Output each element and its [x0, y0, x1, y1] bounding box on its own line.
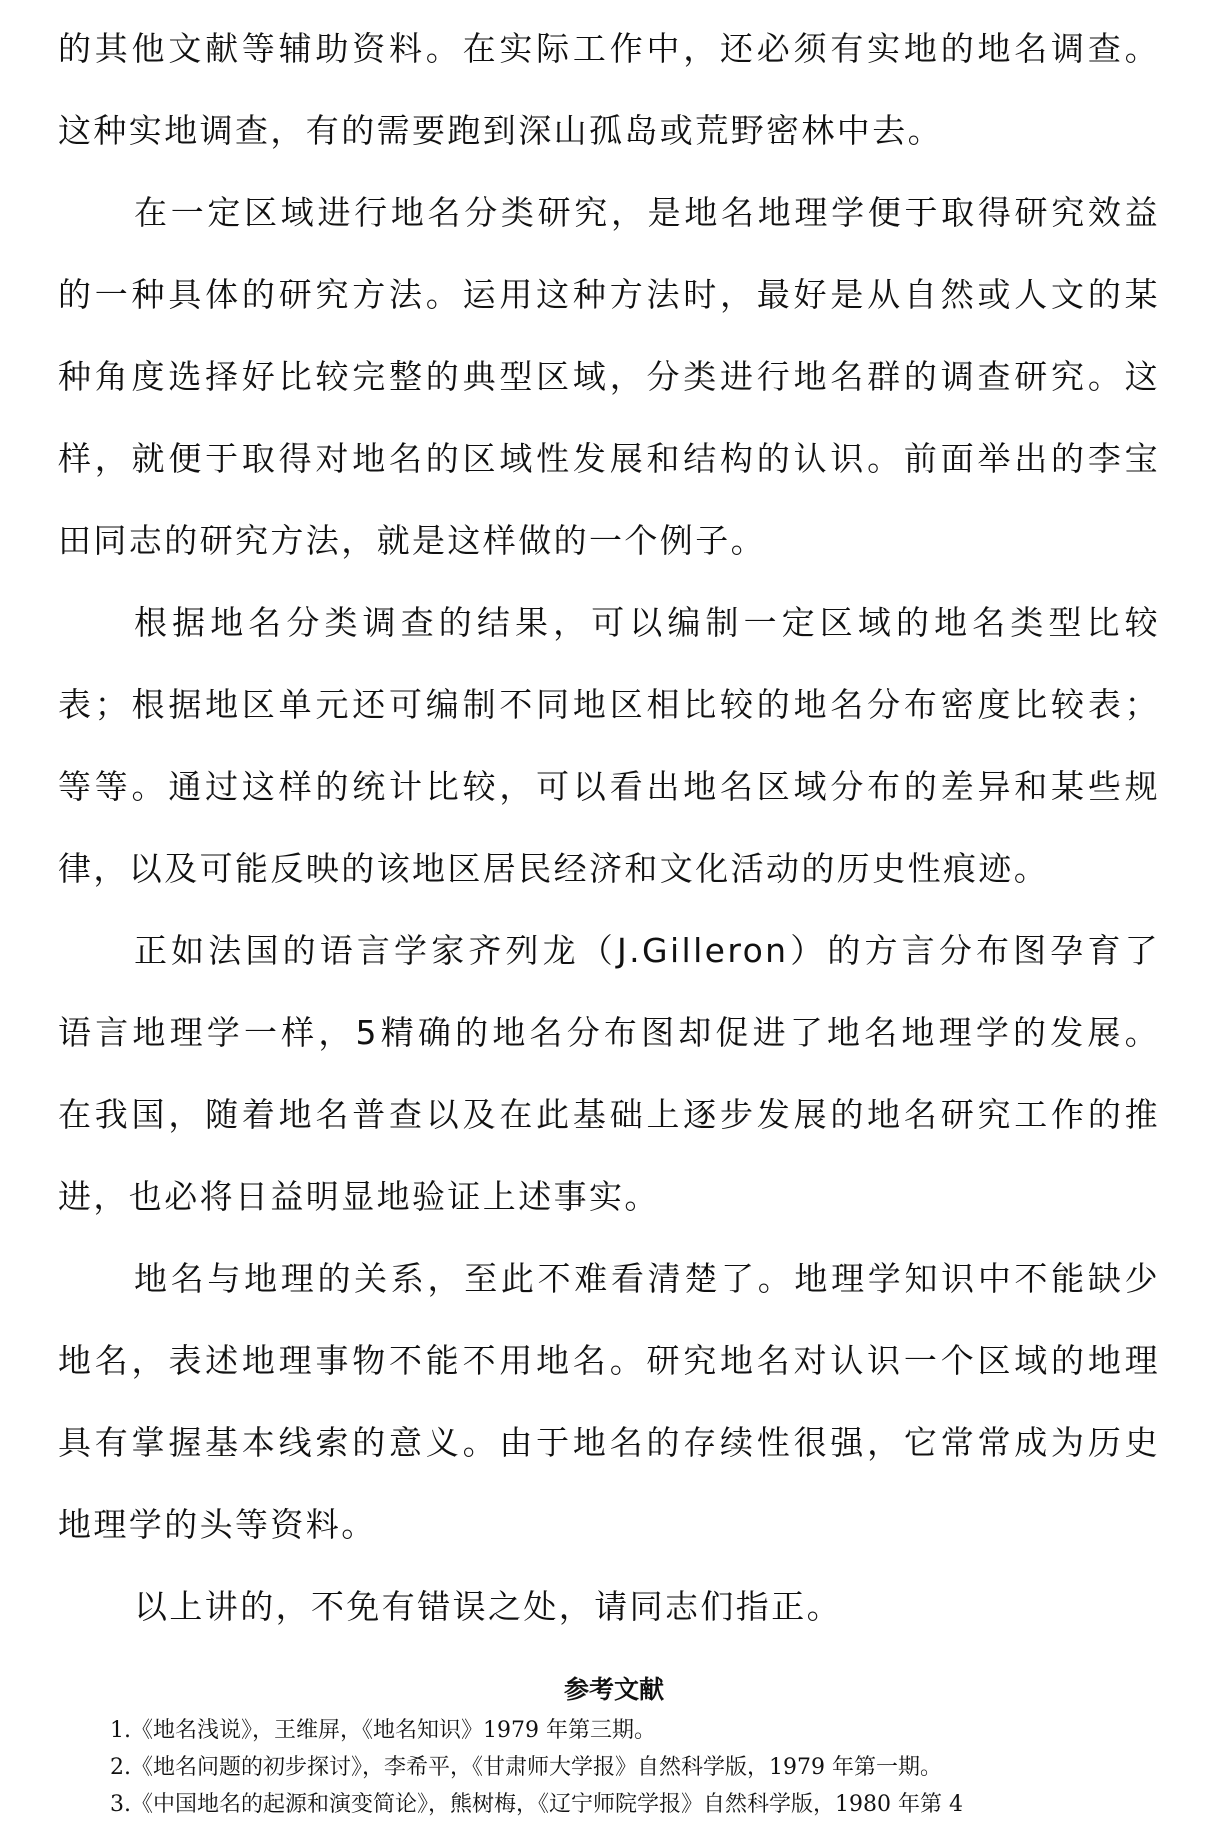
text-line: 等等。通过这样的统计比较，可以看出地名区域分布的差异和某些规 — [58, 746, 1160, 828]
text-line: 地理学的头等资料。 — [58, 1484, 1168, 1566]
reference-item: 3.《中国地名的起源和演变简论》，熊树梅，《辽宁师院学报》自然科学版，1980 … — [110, 1786, 1220, 1823]
text-line: 进，也必将日益明显地验证上述事实。 — [58, 1156, 1168, 1238]
text-line: 地名，表述地理事物不能不用地名。研究地名对认识一个区域的地理 — [58, 1320, 1160, 1402]
text-line: 样，就便于取得对地名的区域性发展和结构的认识。前面举出的李宝 — [58, 418, 1160, 500]
text-line: 田同志的研究方法，就是这样做的一个例子。 — [58, 500, 1168, 582]
text-line: 表；根据地区单元还可编制不同地区相比较的地名分布密度比较表； — [58, 664, 1160, 746]
text-line: 具有掌握基本线索的意义。由于地名的存续性很强，它常常成为历史 — [58, 1402, 1160, 1484]
document-page: 的其他文献等辅助资料。在实际工作中，还必须有实地的地名调查。 这种实地调查，有的… — [0, 0, 1220, 1835]
body-text: 的其他文献等辅助资料。在实际工作中，还必须有实地的地名调查。 这种实地调查，有的… — [58, 8, 1168, 1648]
text-line: 律，以及可能反映的该地区居民经济和文化活动的历史性痕迹。 — [58, 828, 1168, 910]
reference-item: 1.《地名浅说》，王维屏，《地名知识》1979 年第三期。 — [110, 1712, 1220, 1749]
text-line: 以上讲的，不免有错误之处，请同志们指正。 — [58, 1566, 1168, 1648]
text-line: 地名与地理的关系，至此不难看清楚了。地理学知识中不能缺少 — [58, 1238, 1160, 1320]
text-line: 种角度选择好比较完整的典型区域，分类进行地名群的调查研究。这 — [58, 336, 1160, 418]
reference-item: 2.《地名问题的初步探讨》，李希平，《甘肃师大学报》自然科学版，1979 年第一… — [110, 1749, 1220, 1786]
references-section: 参考文献 1.《地名浅说》，王维屏，《地名知识》1979 年第三期。 2.《地名… — [0, 1668, 1220, 1823]
text-line: 根据地名分类调查的结果，可以编制一定区域的地名类型比较 — [58, 582, 1160, 664]
references-title: 参考文献 — [0, 1668, 1220, 1712]
text-line: 这种实地调查，有的需要跑到深山孤岛或荒野密林中去。 — [58, 90, 1168, 172]
text-line: 在我国，随着地名普查以及在此基础上逐步发展的地名研究工作的推 — [58, 1074, 1160, 1156]
text-line: 的其他文献等辅助资料。在实际工作中，还必须有实地的地名调查。 — [58, 8, 1160, 90]
text-line: 的一种具体的研究方法。运用这种方法时，最好是从自然或人文的某 — [58, 254, 1160, 336]
text-line: 语言地理学一样，5精确的地名分布图却促进了地名地理学的发展。 — [58, 992, 1160, 1074]
text-line: 在一定区域进行地名分类研究，是地名地理学便于取得研究效益 — [58, 172, 1160, 254]
text-line: 正如法国的语言学家齐列龙（J.Gilleron）的方言分布图孕育了 — [58, 910, 1160, 992]
